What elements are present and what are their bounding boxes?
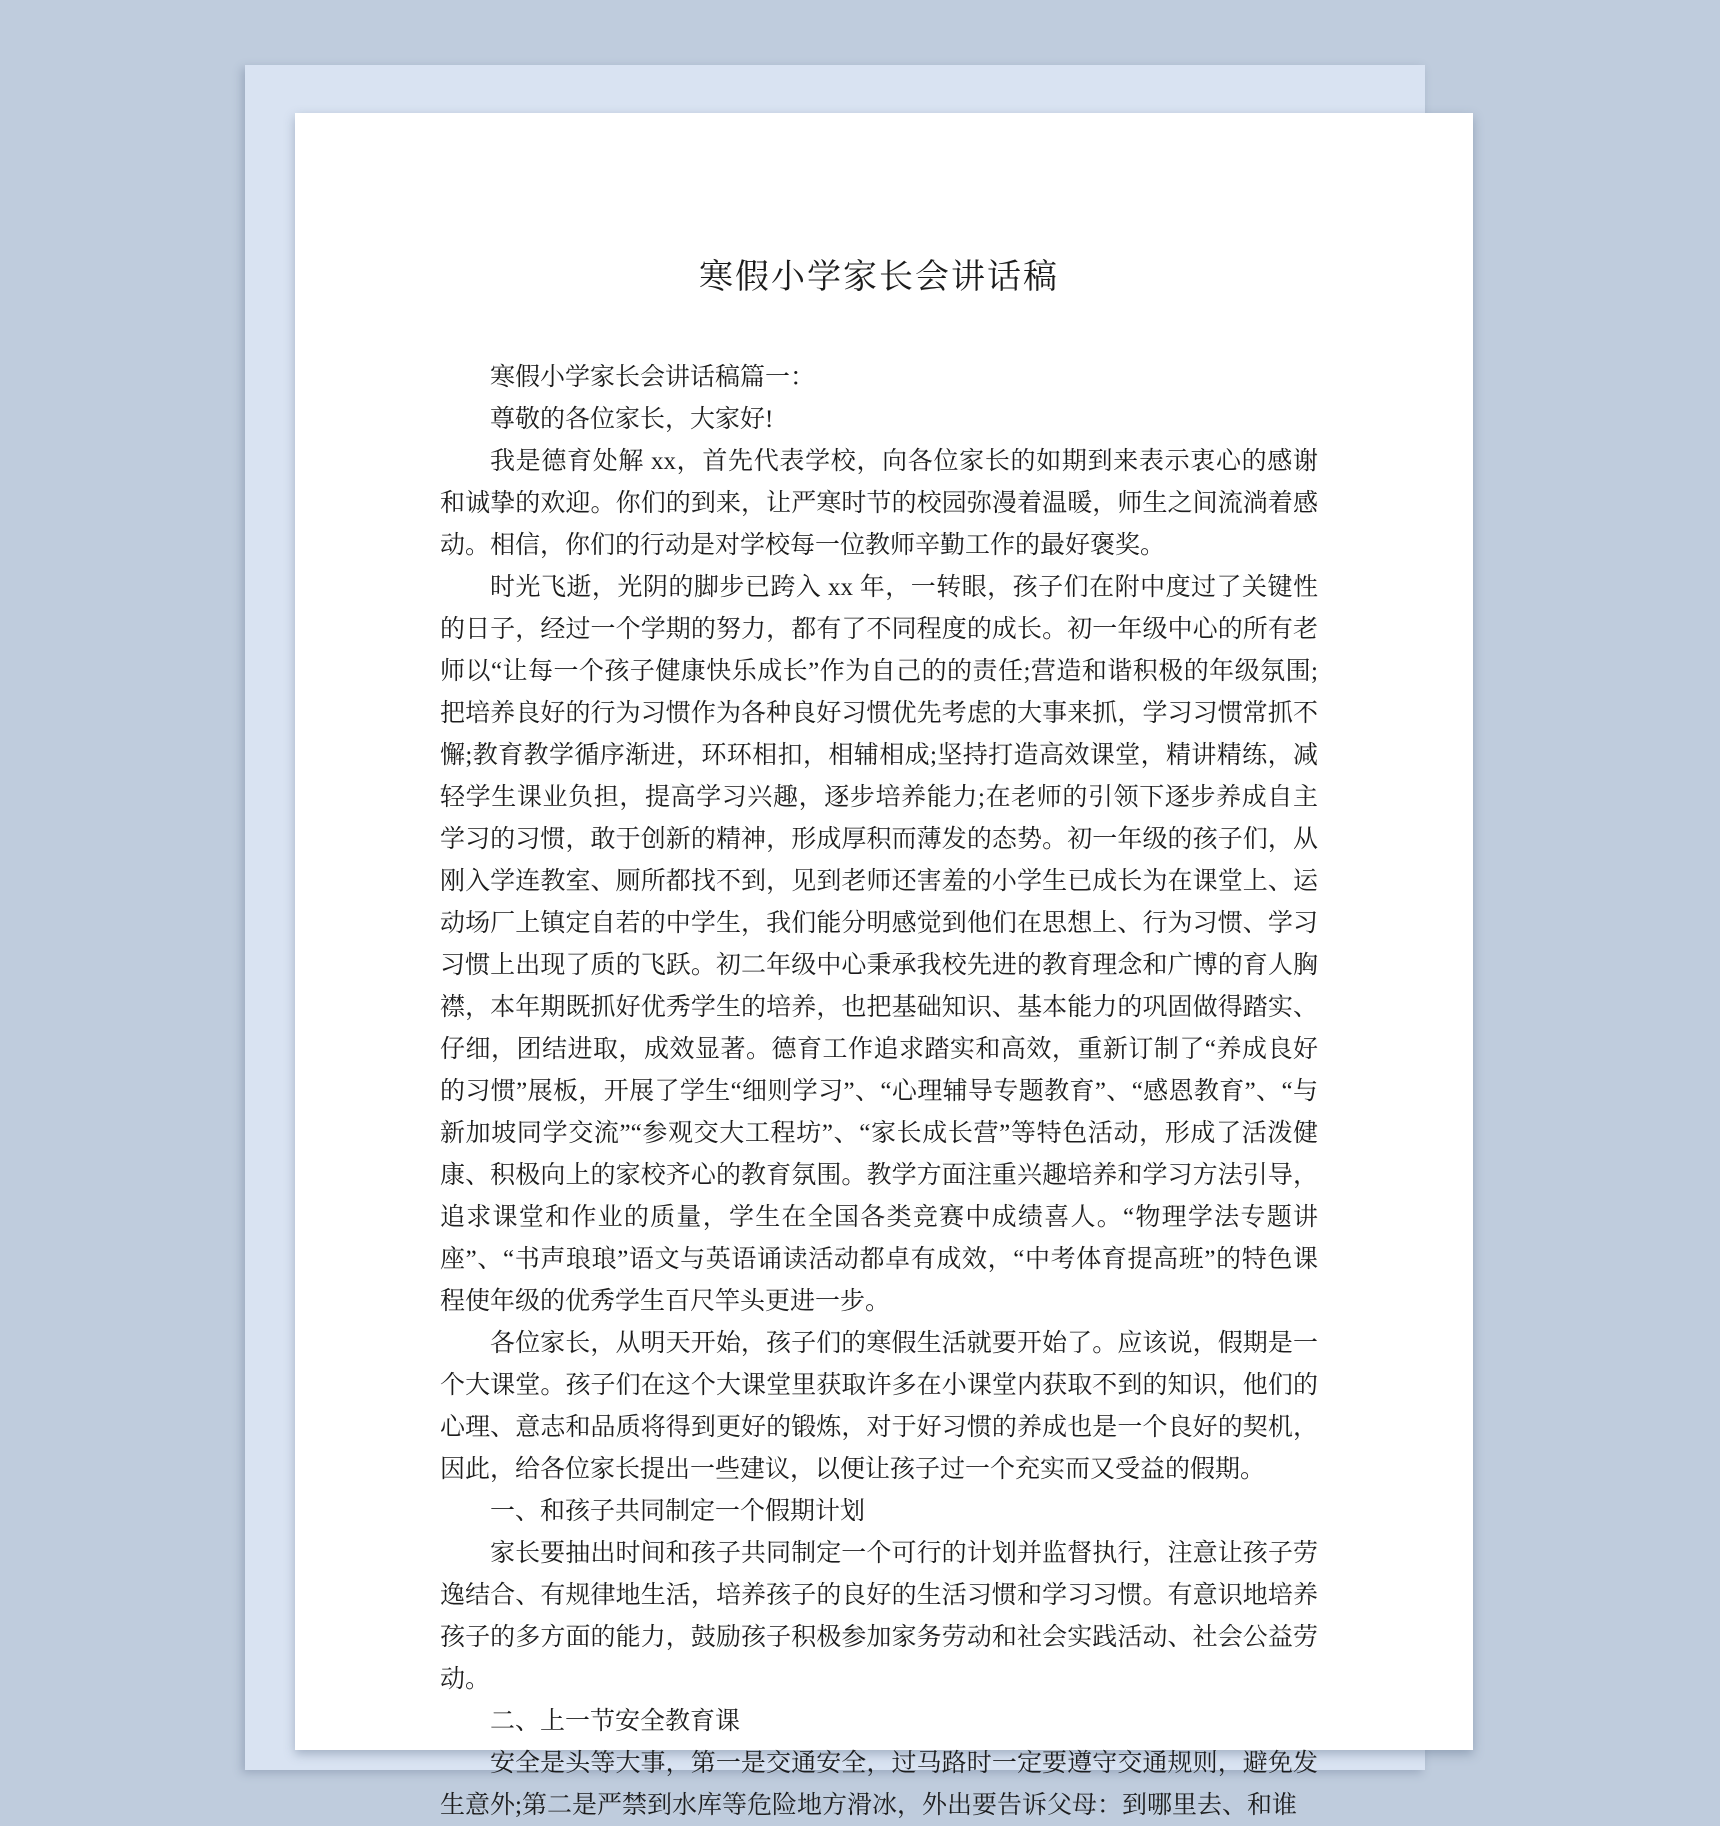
body-paragraph: 各位家长，从明天开始，孩子们的寒假生活就要开始了。应该说，假期是一个大课堂。孩子…: [440, 1323, 1318, 1491]
app-background: { "document": { "title": "寒假小学家长会讲话稿", "…: [0, 0, 1720, 1826]
document-body: 寒假小学家长会讲话稿篇一： 尊敬的各位家长，大家好! 我是德育处解 xx，首先代…: [440, 357, 1318, 1826]
body-paragraph: 家长要抽出时间和孩子共同制定一个可行的计划并监督执行，注意让孩子劳逸结合、有规律…: [440, 1533, 1318, 1701]
body-paragraph: 尊敬的各位家长，大家好!: [440, 399, 1318, 441]
document-page: 寒假小学家长会讲话稿 寒假小学家长会讲话稿篇一： 尊敬的各位家长，大家好! 我是…: [295, 113, 1473, 1750]
body-paragraph: 我是德育处解 xx，首先代表学校，向各位家长的如期到来表示衷心的感谢和诚挚的欢迎…: [440, 441, 1318, 567]
document-title: 寒假小学家长会讲话稿: [440, 258, 1318, 299]
body-paragraph: 时光飞逝，光阴的脚步已跨入 xx 年，一转眼，孩子们在附中度过了关键性的日子，经…: [440, 567, 1318, 1323]
body-paragraph: 一、和孩子共同制定一个假期计划: [440, 1491, 1318, 1533]
body-paragraph: 寒假小学家长会讲话稿篇一：: [440, 357, 1318, 399]
body-paragraph: 安全是头等大事，第一是交通安全，过马路时一定要遵守交通规则，避免发生意外;第二是…: [440, 1743, 1318, 1826]
body-paragraph: 二、上一节安全教育课: [440, 1701, 1318, 1743]
